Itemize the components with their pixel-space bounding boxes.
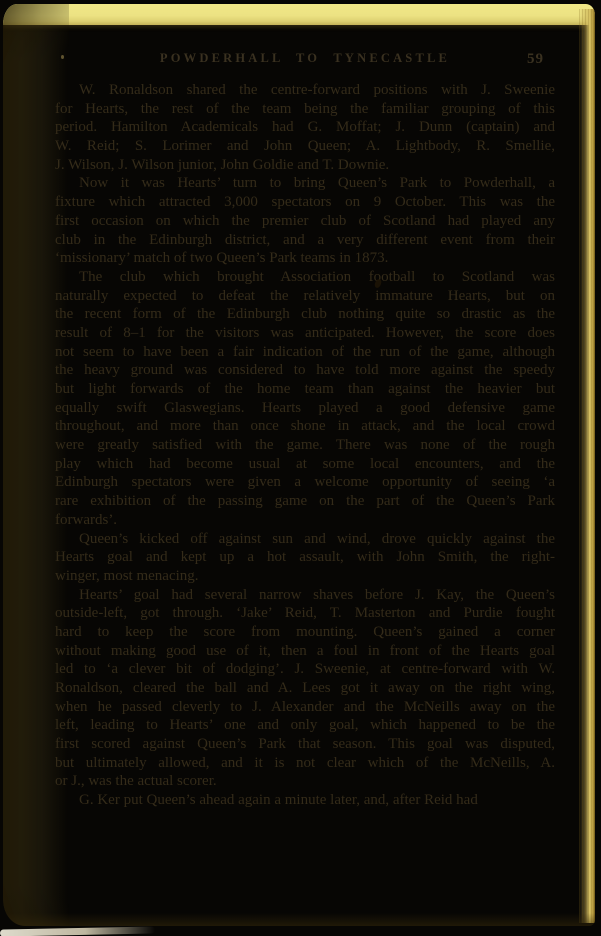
text-line: Queen’s kicked off against sun and wind,…: [55, 530, 555, 549]
text-line: W. Reid; S. Lorimer and John Queen; A. L…: [55, 137, 555, 156]
text-line: the recent form of the Edinburgh club no…: [55, 305, 555, 324]
page-right-edge: [579, 9, 595, 923]
text-line: outside-left, got through. ‘Jake’ Reid, …: [55, 604, 555, 623]
text-line: forwards’.: [55, 511, 555, 530]
book-scan: POWDERHALL TO TYNECASTLE 59 W. Ronaldson…: [0, 0, 601, 936]
text-line: Ronaldson, cleared the ball and A. Lees …: [55, 679, 555, 698]
text-line: rare exhibition of the passing game on t…: [55, 492, 555, 511]
text-line: led to ‘a clever bit of dodging’. J. Swe…: [55, 660, 555, 679]
text-line: throughout, and more than once shone in …: [55, 417, 555, 436]
text-line: Hearts’ goal had several narrow shaves b…: [55, 586, 555, 605]
text-line: when he passed cleverly to J. Alexander …: [55, 698, 555, 717]
text-line: Hearts goal and kept up a hot assault, w…: [55, 548, 555, 567]
page-top-edge: [3, 4, 595, 25]
text-line: naturally expected to defeat the relativ…: [55, 287, 555, 306]
paragraph: G. Ker put Queen’s ahead again a minute …: [55, 791, 555, 810]
page-bottom-shadow: [3, 913, 595, 926]
text-line: for Hearts, the rest of the team being t…: [55, 100, 555, 119]
running-head: POWDERHALL TO TYNECASTLE: [55, 51, 555, 66]
text-line: but light forwards of the home team than…: [55, 380, 555, 399]
text-line: equally swift Glaswegians. Hearts played…: [55, 399, 555, 418]
paragraph: The club which brought Association footb…: [55, 268, 555, 530]
text-line: play which had become usual at some loca…: [55, 455, 555, 474]
text-line: period. Hamilton Academicals had G. Moff…: [55, 118, 555, 137]
book-page: POWDERHALL TO TYNECASTLE 59 W. Ronaldson…: [3, 4, 595, 926]
text-line: but ultimately allowed, and it is not cl…: [55, 754, 555, 773]
text-line: Edinburgh spectators were given a welcom…: [55, 473, 555, 492]
text-line: hard to keep the score from mounting. Qu…: [55, 623, 555, 642]
text-line: were greatly satisfied with the game. Th…: [55, 436, 555, 455]
page-header: POWDERHALL TO TYNECASTLE 59: [55, 51, 555, 69]
paragraph: Queen’s kicked off against sun and wind,…: [55, 530, 555, 586]
text-line: fixture which attracted 3,000 spectators…: [55, 193, 555, 212]
text-line: result of 8–1 for the visitors was antic…: [55, 324, 555, 343]
dust-speck: [61, 55, 64, 59]
text-line: not seem to have been a fair indication …: [55, 343, 555, 362]
text-line: without making good use of it, then a fo…: [55, 642, 555, 661]
page-number: 59: [527, 51, 544, 68]
text-line: left, leading to Hearts’ one and only go…: [55, 716, 555, 735]
text-line: or J., was the actual scorer.: [55, 772, 555, 791]
text-line: ‘missionary’ match of two Queen’s Park t…: [55, 249, 555, 268]
text-line: J. Wilson, J. Wilson junior, John Goldie…: [55, 156, 555, 175]
text-line: first occasion on which the premier club…: [55, 212, 555, 231]
text-line: Now it was Hearts’ turn to bring Queen’s…: [55, 174, 555, 193]
text-line: the heavy ground was considered to have …: [55, 361, 555, 380]
page-bottom-edge-sliver: [0, 926, 155, 936]
text-line: G. Ker put Queen’s ahead again a minute …: [55, 791, 555, 810]
paragraph: Now it was Hearts’ turn to bring Queen’s…: [55, 174, 555, 267]
text-line: winger, most menacing.: [55, 567, 555, 586]
paragraph: W. Ronaldson shared the centre-forward p…: [55, 81, 555, 174]
text-line: first scored against Queen’s Park that s…: [55, 735, 555, 754]
text-line: club in the Edinburgh district, and a ve…: [55, 231, 555, 250]
text-line: The club which brought Association footb…: [55, 268, 555, 287]
text-block: W. Ronaldson shared the centre-forward p…: [55, 81, 555, 810]
text-line: W. Ronaldson shared the centre-forward p…: [55, 81, 555, 100]
paragraph: Hearts’ goal had several narrow shaves b…: [55, 586, 555, 792]
